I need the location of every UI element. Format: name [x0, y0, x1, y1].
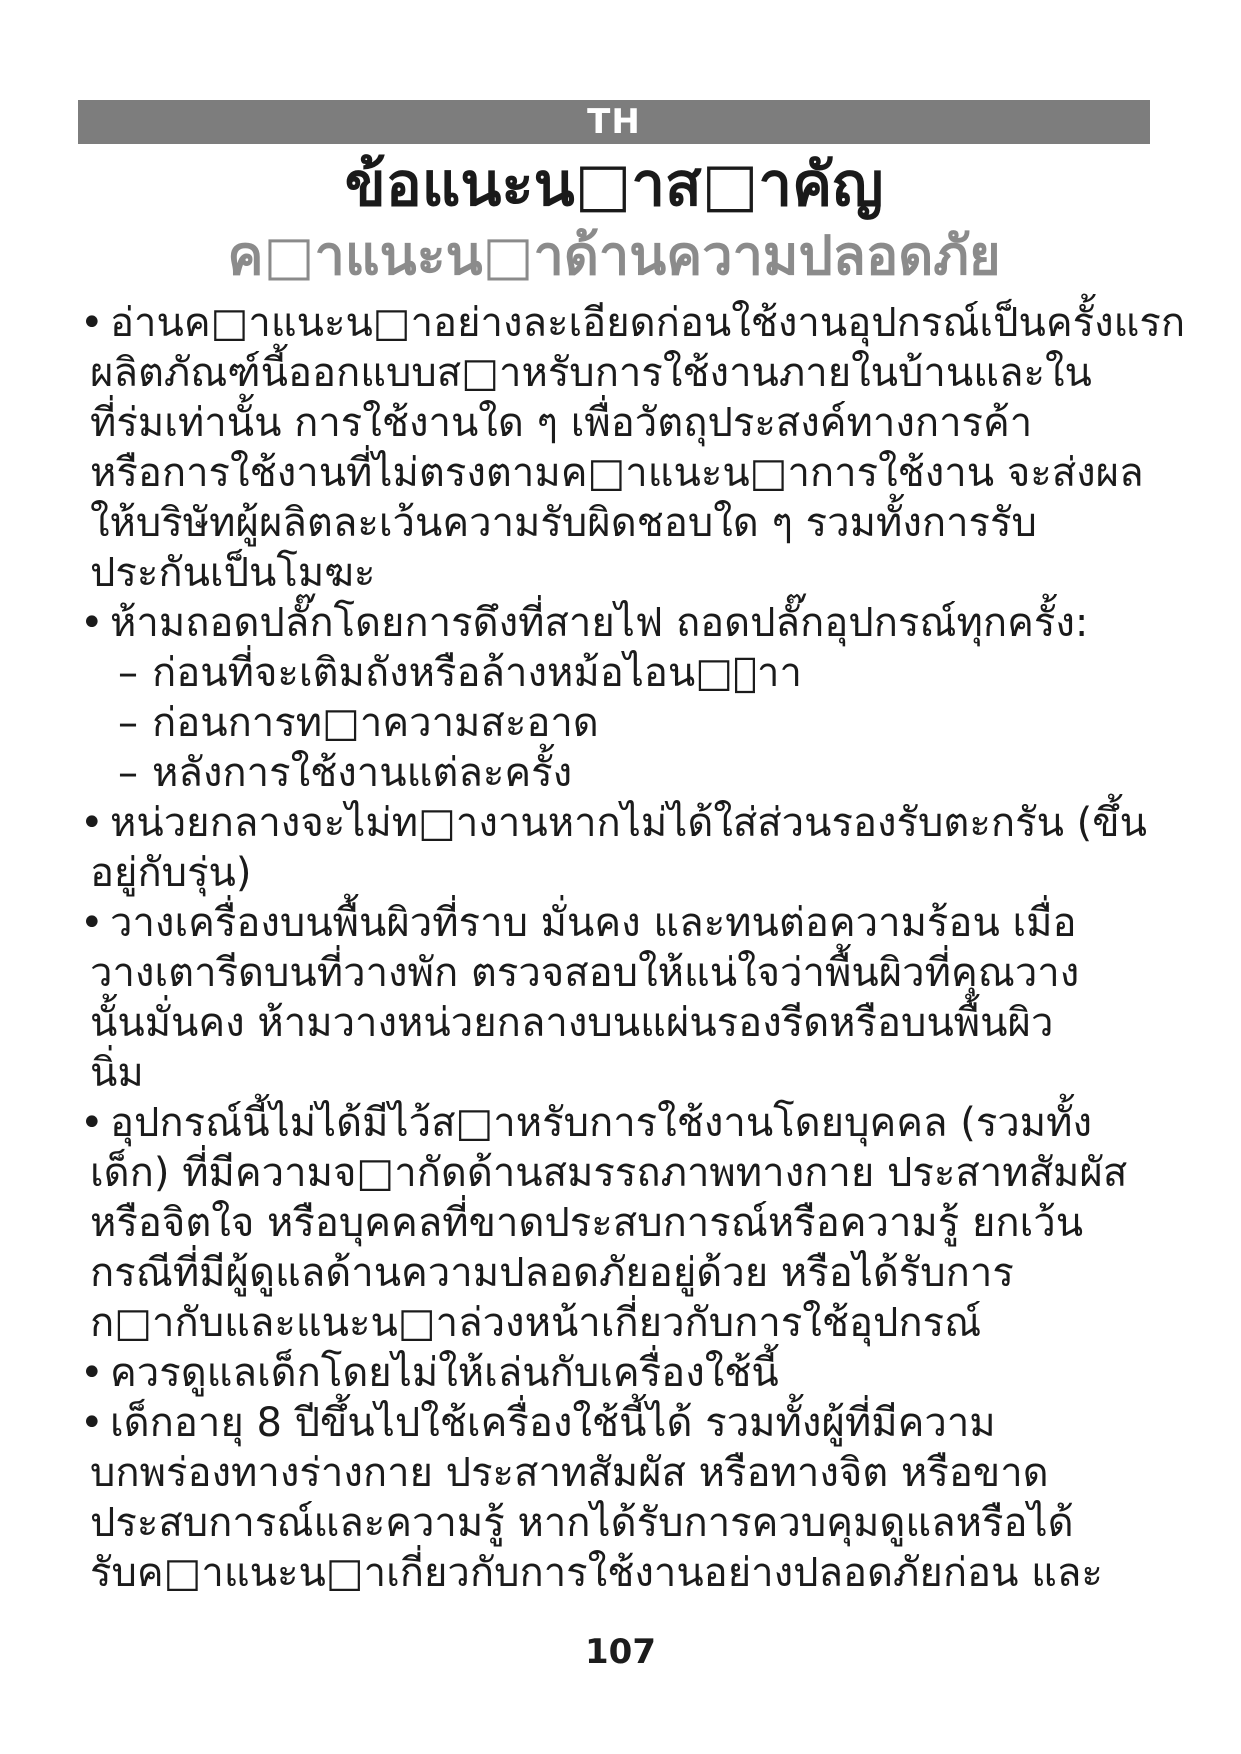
dash-marker: – — [118, 648, 138, 698]
sub-item: –ก่อนการท□าความสะอาด — [80, 698, 1241, 748]
bullet-line: อยู่กับรุ่น) — [80, 848, 1241, 898]
bullet-line: หรือการใช้งานที่ไม่ตรงตามค□าแนะน□าการใช้… — [80, 448, 1241, 498]
bullet-marker: • — [80, 898, 110, 948]
bullet-line: ก□ากับและแนะน□าล่วงหน้าเกี่ยวกับการใช้อุ… — [80, 1298, 1241, 1348]
bullet-marker: • — [80, 1098, 110, 1148]
sub-item: –หลังการใช้งานแต่ละครั้ง — [80, 748, 1241, 798]
bullet-item: •อ่านค□าแนะน□าอย่างละเอียดก่อนใช้งานอุปก… — [80, 298, 1241, 348]
bullet-line: เด็กอายุ 8 ปีขึ้นไปใช้เครื่องใช้นี้ได้ ร… — [110, 1400, 996, 1446]
bullet-marker: • — [80, 798, 110, 848]
bullet-line: หรือจิตใจ หรือบุคคลที่ขาดประสบการณ์หรือค… — [80, 1198, 1241, 1248]
bullet-line: นั้นมั่นคง ห้ามวางหน่วยกลางบนแผ่นรองรีดห… — [80, 998, 1241, 1048]
bullet-line: ควรดูแลเด็กโดยไม่ให้เล่นกับเครื่องใช้นี้ — [110, 1350, 779, 1396]
page-number: 107 — [0, 1632, 1241, 1672]
bullet-line: หน่วยกลางจะไม่ท□างานหากไม่ได้ใส่ส่วนรองร… — [110, 800, 1147, 846]
bullet-marker: • — [80, 1348, 110, 1398]
bullet-line: วางเครื่องบนพื้นผิวที่ราบ มั่นคง และทนต่… — [110, 900, 1077, 946]
sub-item: –ก่อนที่จะเติมถังหรือล้างหม้อไอน□้าา — [80, 648, 1241, 698]
bullet-line: กรณีที่มีผู้ดูแลด้านความปลอดภัยอยู่ด้วย … — [80, 1248, 1241, 1298]
sub-item-text: หลังการใช้งานแต่ละครั้ง — [152, 750, 572, 796]
bullet-line: รับค□าแนะน□าเกี่ยวกับการใช้งานอย่างปลอดภ… — [80, 1548, 1241, 1598]
safety-instructions: •อ่านค□าแนะน□าอย่างละเอียดก่อนใช้งานอุปก… — [80, 298, 1241, 1598]
bullet-line: ให้บริษัทผู้ผลิตละเว้นความรับผิดชอบใด ๆ … — [80, 498, 1241, 548]
bullet-item: •หน่วยกลางจะไม่ท□างานหากไม่ได้ใส่ส่วนรอง… — [80, 798, 1241, 848]
sub-item-text: ก่อนที่จะเติมถังหรือล้างหม้อไอน□้าา — [152, 650, 802, 696]
sub-item-text: ก่อนการท□าความสะอาด — [152, 700, 599, 746]
bullet-line: ประกันเป็นโมฆะ — [80, 548, 1241, 598]
bullet-line: เด็ก) ที่มีความจ□ากัดด้านสมรรถภาพทางกาย … — [80, 1148, 1241, 1198]
dash-marker: – — [118, 748, 138, 798]
bullet-line: ผลิตภัณฑ์นี้ออกแบบส□าหรับการใช้งานภายในบ… — [80, 348, 1241, 398]
bullet-line: อ่านค□าแนะน□าอย่างละเอียดก่อนใช้งานอุปกร… — [110, 300, 1185, 346]
bullet-line: นิ่ม — [80, 1048, 1241, 1098]
bullet-marker: • — [80, 298, 110, 348]
bullet-item: •วางเครื่องบนพื้นผิวที่ราบ มั่นคง และทนต… — [80, 898, 1241, 948]
bullet-item: •เด็กอายุ 8 ปีขึ้นไปใช้เครื่องใช้นี้ได้ … — [80, 1398, 1241, 1448]
bullet-marker: • — [80, 1398, 110, 1448]
bullet-marker: • — [80, 598, 110, 648]
bullet-line: ที่ร่มเท่านั้น การใช้งานใด ๆ เพื่อวัตถุป… — [80, 398, 1241, 448]
dash-marker: – — [118, 698, 138, 748]
manual-page: TH ข้อแนะน□าส□าคัญ ค□าแนะน□าด้านความปลอด… — [0, 0, 1241, 1754]
bullet-line: วางเตารีดบนที่วางพัก ตรวจสอบให้แน่ใจว่าพ… — [80, 948, 1241, 998]
page-title: ข้อแนะน□าส□าคัญ — [78, 148, 1150, 223]
page-subtitle: ค□าแนะน□าด้านความปลอดภัย — [78, 223, 1150, 289]
language-tag: TH — [587, 102, 641, 142]
bullet-line: ประสบการณ์และความรู้ หากได้รับการควบคุมด… — [80, 1498, 1241, 1548]
bullet-item: •ควรดูแลเด็กโดยไม่ให้เล่นกับเครื่องใช้นี… — [80, 1348, 1241, 1398]
bullet-item: •ห้ามถอดปลั๊กโดยการดึงที่สายไฟ ถอดปลั๊กอ… — [80, 598, 1241, 648]
bullet-line: ห้ามถอดปลั๊กโดยการดึงที่สายไฟ ถอดปลั๊กอุ… — [110, 600, 1088, 646]
bullet-line: อุปกรณ์นี้ไม่ได้มีไว้ส□าหรับการใช้งานโดย… — [110, 1100, 1092, 1146]
bullet-item: •อุปกรณ์นี้ไม่ได้มีไว้ส□าหรับการใช้งานโด… — [80, 1098, 1241, 1148]
language-header-bar: TH — [78, 100, 1150, 144]
bullet-line: บกพร่องทางร่างกาย ประสาทสัมผัส หรือทางจิ… — [80, 1448, 1241, 1498]
